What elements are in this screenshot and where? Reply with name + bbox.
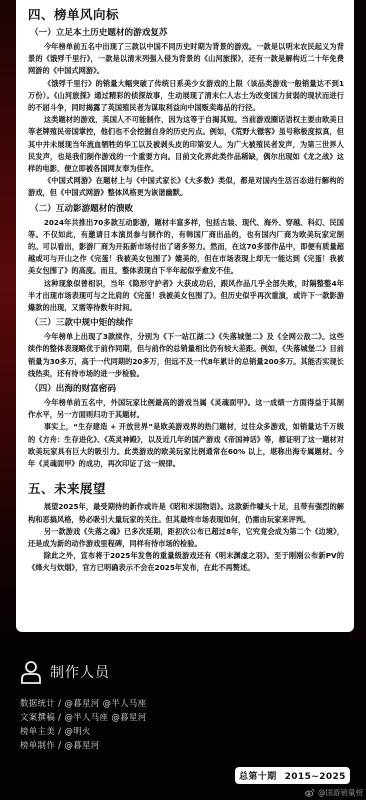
credits-title: 制作人员 xyxy=(50,662,110,682)
paragraph: 另一款游戏《失落之魂》已多次延期，距初次公布已超过8年，它究竟会成为第二个《边境… xyxy=(28,526,344,550)
section-title-trends: 四、榜单风向标 xyxy=(28,6,344,23)
issue-badge: 总第十期2015~2025 xyxy=(235,767,350,784)
issue-years: 2015~2025 xyxy=(285,772,346,782)
subsection-title-sequels: （三）三款中规中矩的续作 xyxy=(30,317,344,329)
credits-list: 数据统计 / @暮星河 @半人马座 文案撰稿 / @半人马座 @暮星河 榜单主美… xyxy=(20,696,146,752)
subsection-title-overseas: （四）出海的财富密码 xyxy=(30,383,344,395)
subsection-title-interactive-film: （二）互动影游题材的溃败 xyxy=(30,203,344,215)
paragraph: 《中国式网游》在题材上与《中国式家长》《大多数》类似，都是对国内生活百态进行解构… xyxy=(28,175,344,199)
article-card: 四、榜单风向标 （一）立足本土历史题材的游戏复苏 今年榜单前五名中出现了三款以中… xyxy=(16,0,354,632)
credits-section: 制作人员 数据统计 / @暮星河 @半人马座 文案撰稿 / @半人马座 @暮星河… xyxy=(20,660,146,752)
paragraph: 除此之外，宣布将于2025年发售的重量级游戏还有《明末渊虚之羽》。至于刚刚公布新… xyxy=(28,550,344,574)
credit-row-production: 榜单制作 / @暮星河 xyxy=(20,738,146,752)
paragraph: 这种现象似曾相识，当年《隐形守护者》大获成功后，跟风作品几乎全部失败，时隔整整4… xyxy=(28,278,344,315)
paragraph: 今年榜单前五名中，外国玩家比例最高的游戏当属《灵魂面甲》。这一成绩一方面得益于其… xyxy=(28,397,344,421)
paragraph: 展望2025年，最受期待的新作或许是《昭和米国物语》。这款新作噱头十足，且带有强… xyxy=(28,501,344,525)
paragraph: 今年榜单上出现了3款续作，分别为《下一站江湖二》《失落城堡二》及《全网公敌二》。… xyxy=(28,331,344,380)
paragraph: 事实上，“生存建造 + 开放世界”是欧美游戏界的热门题材，过往众多游戏，如销量达… xyxy=(28,421,344,470)
watermark-text: @国游销量榜 xyxy=(318,787,363,798)
section-title-outlook: 五、未来展望 xyxy=(28,480,344,497)
person-icon xyxy=(20,660,42,684)
watermark: @国游销量榜 xyxy=(305,787,363,798)
paragraph: 这类题材的游戏，英国人不可能制作，因为这等于自揭其短。当前游戏圈话语权主要由欧美… xyxy=(28,114,344,175)
credit-row-art: 榜单主美 / @明火 xyxy=(20,724,146,738)
subsection-title-history: （一）立足本土历史题材的游戏复苏 xyxy=(30,27,344,39)
credit-row-copy: 文案撰稿 / @半人马座 @暮星河 xyxy=(20,710,146,724)
weibo-icon xyxy=(305,788,315,797)
paragraph: 2024年共推出70多款互动影游，题材丰富多样，包括古装、现代、海外、穿越、科幻… xyxy=(28,217,344,278)
credit-row-data: 数据统计 / @暮星河 @半人马座 xyxy=(20,696,146,710)
issue-label: 总第十期 xyxy=(239,772,277,782)
paragraph: 《饿殍千里行》的销量大幅突破了传统日系美少女游戏的上限（该品类游戏一般销量达不到… xyxy=(28,78,344,115)
paragraph: 今年榜单前五名中出现了三款以中国不同历史时期为背景的游戏。一款是以明末农民起义为… xyxy=(28,41,344,78)
credits-header: 制作人员 xyxy=(20,660,146,684)
